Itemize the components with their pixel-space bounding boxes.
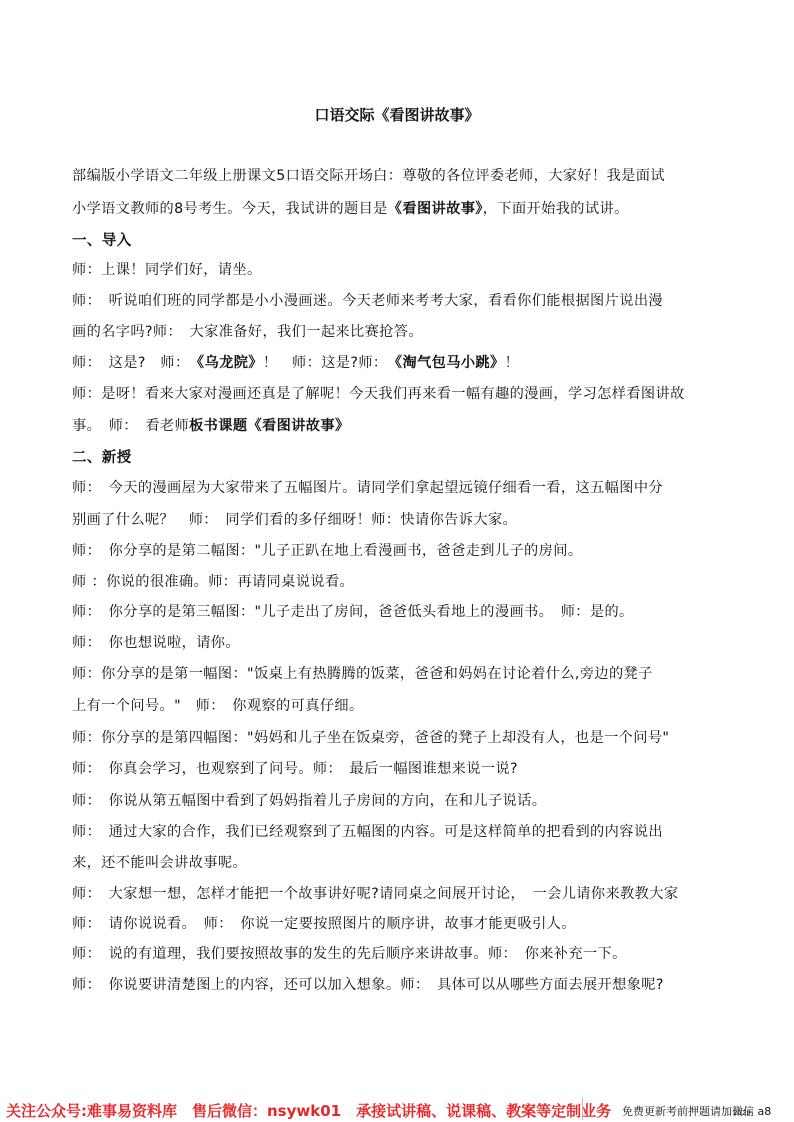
paragraph-line: 师： 听说咱们班的同学都是小小漫画迷。今天老师来考考大家，看看你们能根据图片说出… bbox=[72, 290, 663, 310]
paragraph-line: 师： 你分享的是第二幅图："儿子正趴在地上看漫画书，爸爸走到儿子的房间。 bbox=[72, 540, 582, 560]
intro-text: 小学语文教师的8号考生。今天，我试讲的题目是 bbox=[72, 201, 388, 217]
lesson-title-bold: 《看图讲故事》 bbox=[388, 201, 483, 217]
paragraph-line: 师：你分享的是第一幅图："饭桌上有热腾腾的饭菜，爸爸和妈妈在讨论着什么,旁边的凳… bbox=[72, 663, 653, 683]
paragraph-line: 师： 你也想说啦，请你。 bbox=[72, 632, 240, 652]
section-heading-new-lesson: 二、新授 bbox=[72, 446, 132, 467]
paragraph-line: 事。 师： 看老师板书课题《看图讲故事》 bbox=[72, 415, 350, 435]
footer-page-number: 2029 bbox=[733, 1109, 751, 1117]
paragraph-line: 师： 这是? 师： 《乌龙院》！ 师：这是?师： 《淘气包马小跳》！ bbox=[72, 352, 519, 372]
board-title-bold: 板书课题《看图讲故事》 bbox=[189, 418, 349, 434]
section-heading-intro: 一、导入 bbox=[72, 229, 132, 250]
intro-line-1: 部编版小学语文二年级上册课文5口语交际开场白：尊敬的各位评委老师，大家好！我是面… bbox=[72, 165, 665, 185]
document-title: 口语交际《看图讲故事》 bbox=[0, 104, 794, 125]
paragraph-line: 师： 说的有道理，我们要按照故事的发生的先后顺序来讲故事。师： 你来补充一下。 bbox=[72, 943, 627, 963]
paragraph-line: 师： 你真会学习，也观察到了问号。师： 最后一幅图谁想来说一说? bbox=[72, 758, 518, 778]
paragraph-line: 师： 今天的漫画屋为大家带来了五幅图片。请同学们拿起望远镜仔细看一看，这五幅图中… bbox=[72, 477, 663, 497]
paragraph-line: 师： 你分享的是第三幅图："儿子走出了房间，爸爸低头看地上的漫画书。 师：是的。 bbox=[72, 601, 634, 621]
paragraph-line: 师： 你说要讲清楚图上的内容，还可以加入想象。师： 具体可以从哪些方面去展开想象… bbox=[72, 974, 664, 994]
paragraph-line: 师：你分享的是第四幅图："妈妈和儿子坐在饭桌旁，爸爸的凳子上却没有人，也是一个问… bbox=[72, 727, 669, 747]
paragraph-line: 师： 大家想一想，怎样才能把一个故事讲好呢?请同桌之间展开讨论， 一会儿请你来教… bbox=[72, 883, 678, 903]
comic-title-bold: 《乌龙院》 bbox=[197, 355, 263, 371]
paragraph-line: 师：上课！同学们好，请坐。 bbox=[72, 259, 262, 279]
paragraph-line: 师： 你说从第五幅图中看到了妈妈指着儿子房间的方向，在和儿子说话。 bbox=[72, 790, 546, 810]
text: 事。 师： 看老师 bbox=[72, 418, 189, 434]
paragraph-line: 上有一个问号。" 师： 你观察的可真仔细。 bbox=[72, 695, 364, 715]
text: ！ 师：这是?师： bbox=[263, 355, 395, 371]
paragraph-line: 画的名字吗?师： 大家准备好，我们一起来比赛抢答。 bbox=[72, 321, 423, 341]
paragraph-line: 来，还不能叫会讲故事呢。 bbox=[72, 852, 247, 872]
text: ！ bbox=[505, 355, 520, 371]
intro-text-end: ，下面开始我的试讲。 bbox=[483, 201, 629, 217]
paragraph-line: 师： 通过大家的合作，我们已经观察到了五幅图的内容。可是这样简单的把看到的内容说… bbox=[72, 821, 663, 841]
paragraph-line: 师：是呀！看来大家对漫画还真是了解呢！今天我们再来看一幅有趣的漫画，学习怎样看图… bbox=[72, 383, 685, 403]
footer-divider bbox=[582, 1098, 583, 1120]
comic-title-bold: 《淘气包马小跳》 bbox=[395, 355, 505, 371]
paragraph-line: 师 ：你说的很准确。师：再请同桌说说看。 bbox=[72, 571, 354, 591]
text: 师： 这是? 师： bbox=[72, 355, 197, 371]
paragraph-line: 师： 请你说说看。 师： 你说一定要按照图片的顺序讲，故事才能更吸引人。 bbox=[72, 913, 576, 933]
intro-line-2: 小学语文教师的8号考生。今天，我试讲的题目是《看图讲故事》，下面开始我的试讲。 bbox=[72, 198, 629, 218]
paragraph-line: 别画了什么呢？ 师： 同学们看的多仔细呀！师：快请你告诉大家。 bbox=[72, 509, 517, 529]
footer-promo: 关注公众号:难事易资料库 售后微信：nsywk01 承接试讲稿、说课稿、教案等定… bbox=[6, 1100, 611, 1121]
